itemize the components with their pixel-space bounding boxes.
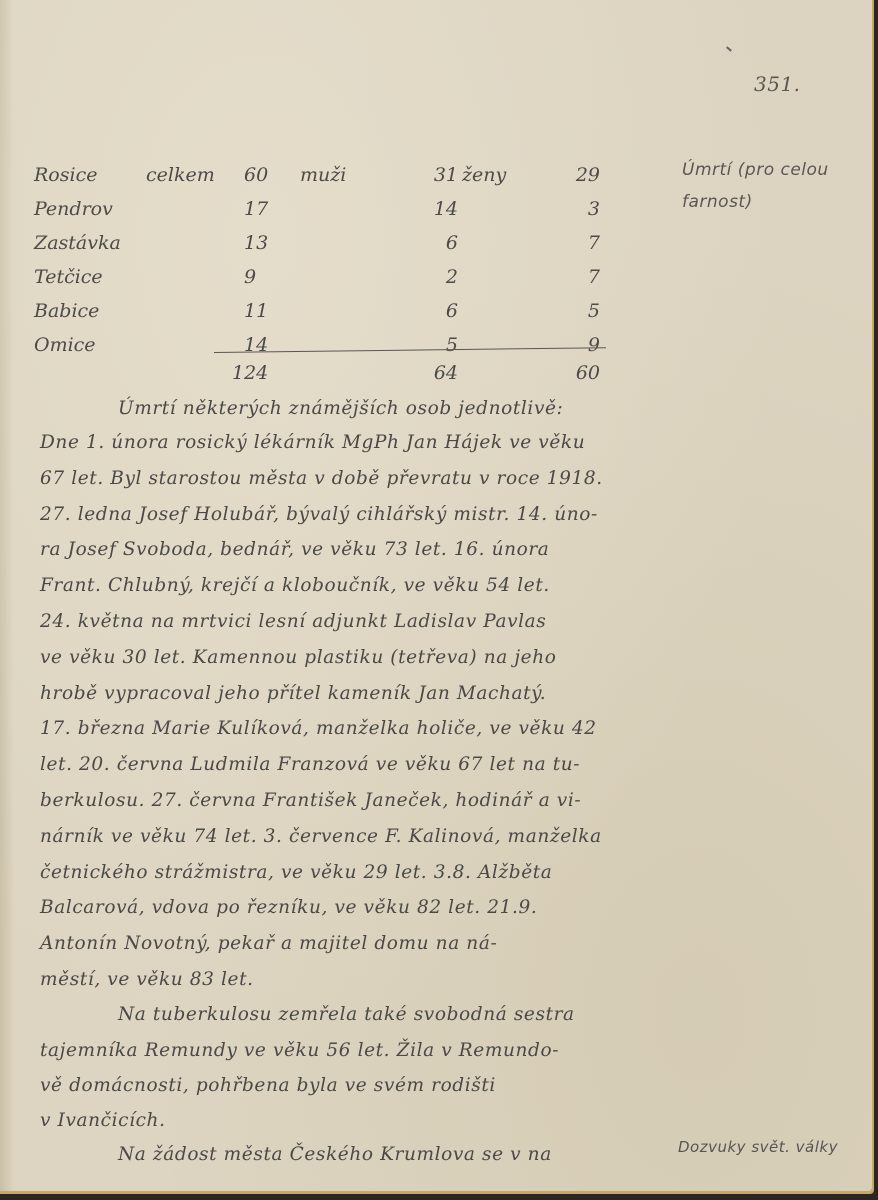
text-line: Na tuberkulosu zemřela také svobodná ses…: [118, 1004, 575, 1025]
total-value: 13: [244, 232, 268, 254]
place-name: Rosice: [34, 164, 97, 186]
text-line: Frant. Chlubný, krejčí a kloboučník, ve …: [40, 575, 550, 596]
women-label: ženy: [462, 164, 506, 186]
sum-total: 124: [232, 362, 268, 384]
section-heading: Úmrtí některých známějších osob jednotli…: [118, 398, 563, 419]
men-value: 2: [420, 266, 458, 288]
sum-women: 60: [560, 362, 600, 384]
text-line: četnického strážmistra, ve věku 29 let. …: [40, 862, 552, 883]
table-row: Zastávka 13 6 7: [0, 232, 660, 266]
men-value: 31: [420, 164, 458, 186]
place-name: Pendrov: [34, 198, 113, 220]
side-note-line-1: Úmrtí (pro celou: [682, 160, 829, 180]
text-line: Na žádost města Českého Krumlova se v na: [118, 1144, 552, 1165]
manuscript-page: 351. Úmrtí (pro celou farnost) Rosice ce…: [0, 0, 874, 1194]
sum-men: 64: [420, 362, 458, 384]
text-line: vě domácnosti, pohřbena byla ve svém rod…: [40, 1075, 496, 1096]
text-line: 17. března Marie Kulíková, manželka holi…: [40, 718, 597, 739]
place-name: Tetčice: [34, 266, 103, 288]
text-line: ve věku 30 let. Kamennou plastiku (tetře…: [40, 647, 556, 668]
women-value: 7: [560, 232, 600, 254]
men-value: 6: [420, 300, 458, 322]
total-value: 17: [244, 198, 268, 220]
text-line: ra Josef Svoboda, bednář, ve věku 73 let…: [40, 539, 549, 560]
text-line: Balcarová, vdova po řezníku, ve věku 82 …: [40, 897, 537, 918]
place-name: Zastávka: [34, 232, 121, 254]
text-line: tajemníka Remundy ve věku 56 let. Žila v…: [40, 1040, 559, 1061]
men-value: 14: [420, 198, 458, 220]
table-row: Rosice celkem 60 muži 31 ženy 29: [0, 164, 660, 198]
total-label: celkem: [146, 164, 215, 186]
text-line: nárník ve věku 74 let. 3. července F. Ka…: [40, 826, 602, 847]
text-line: 24. května na mrtvici lesní adjunkt Ladi…: [40, 611, 546, 632]
table-row: Pendrov 17 14 3: [0, 198, 660, 232]
ink-mark: [726, 46, 732, 51]
text-line: hrobě vypracoval jeho přítel kameník Jan…: [40, 683, 546, 704]
men-value: 6: [420, 232, 458, 254]
text-line: Dne 1. února rosický lékárník MgPh Jan H…: [40, 432, 585, 453]
side-note-line-2: farnost): [682, 192, 753, 212]
men-value: 5: [420, 334, 458, 356]
total-value: 11: [244, 300, 268, 322]
women-value: 5: [560, 300, 600, 322]
women-value: 9: [560, 334, 600, 356]
text-line: berkulosu. 27. června František Janeček,…: [40, 790, 581, 811]
place-name: Babice: [34, 300, 99, 322]
table-row: Tetčice 9 2 7: [0, 266, 660, 300]
total-value: 9: [244, 266, 256, 288]
women-value: 29: [560, 164, 600, 186]
place-name: Omice: [34, 334, 96, 356]
total-value: 60: [244, 164, 268, 186]
margin-note: Dozvuky svět. války: [678, 1138, 838, 1156]
page-number: 351.: [754, 72, 801, 96]
women-value: 3: [560, 198, 600, 220]
text-line: městí, ve věku 83 let.: [40, 969, 254, 990]
table-row: Babice 11 6 5: [0, 300, 660, 334]
text-line: Antonín Novotný, pekař a majitel domu na…: [40, 933, 497, 954]
text-line: 67 let. Byl starostou města v době převr…: [40, 468, 603, 489]
total-value: 14: [244, 334, 268, 356]
text-line: let. 20. června Ludmila Franzová ve věku…: [40, 754, 580, 775]
text-line: v Ivančicích.: [40, 1110, 166, 1131]
text-line: 27. ledna Josef Holubář, bývalý cihlářsk…: [40, 504, 598, 525]
women-value: 7: [560, 266, 600, 288]
men-label: muži: [300, 164, 346, 186]
table-sum-row: 124 64 60: [0, 362, 660, 396]
